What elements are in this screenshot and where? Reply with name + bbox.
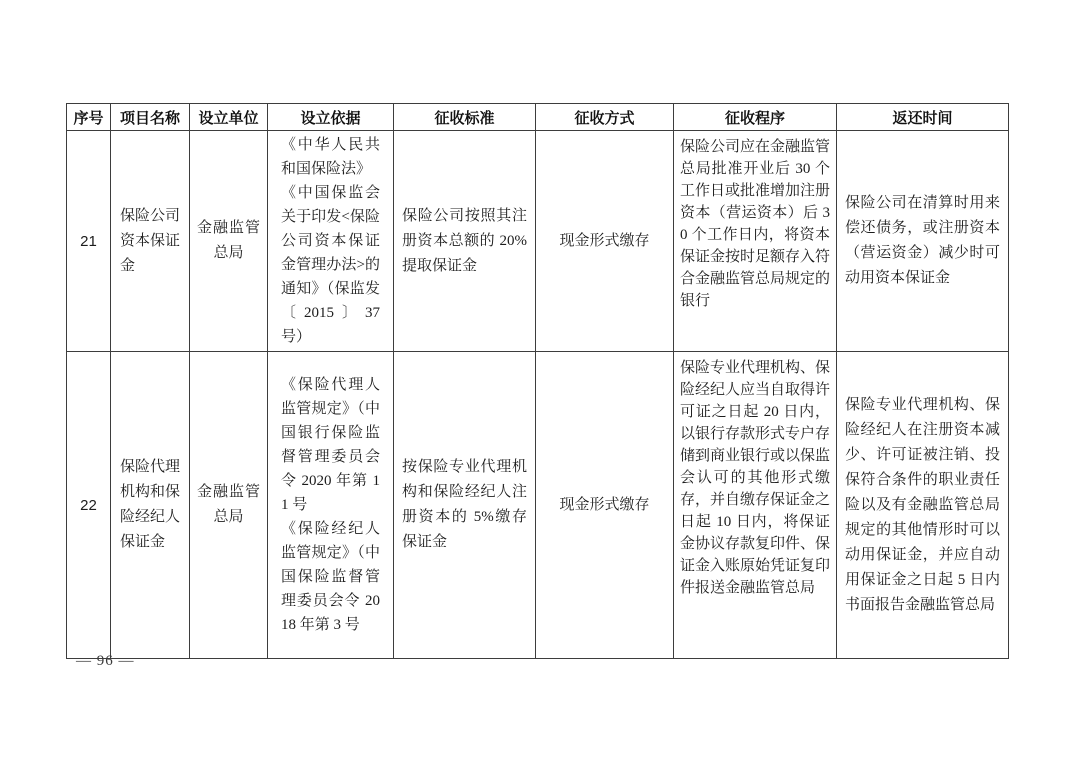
- table-row-21: 21 保险公司资本保证金 金融监管总局 《中华人民共和国保险法》 《中国保监会关…: [67, 131, 1009, 352]
- cell-establishing-unit: 金融监管总局: [190, 131, 268, 352]
- header-establishment-basis: 设立依据: [268, 104, 394, 131]
- cell-establishing-unit: 金融监管总局: [190, 352, 268, 659]
- header-establishing-unit: 设立单位: [190, 104, 268, 131]
- cell-collection-procedure: 保险专业代理机构、保险经纪人应当自取得许可证之日起 20 日内，以银行存款形式专…: [674, 352, 837, 659]
- table-header-row: 序号 项目名称 设立单位 设立依据 征收标准 征收方式 征收程序 返还时间: [67, 104, 1009, 131]
- table-row-22: 22 保险代理机构和保险经纪人保证金 金融监管总局 《保险代理人监管规定》（中国…: [67, 352, 1009, 659]
- header-refund-time: 返还时间: [837, 104, 1009, 131]
- cell-seq: 22: [67, 352, 111, 659]
- cell-refund-time: 保险专业代理机构、保险经纪人在注册资本减少、许可证被注销、投保符合条件的职业责任…: [837, 352, 1009, 659]
- cell-collection-standard: 按保险专业代理机构和保险经纪人注册资本的 5%缴存保证金: [394, 352, 536, 659]
- header-collection-method: 征收方式: [536, 104, 674, 131]
- cell-collection-method: 现金形式缴存: [536, 352, 674, 659]
- cell-collection-procedure: 保险公司应在金融监管总局批准开业后 30 个工作日或批准增加注册资本（营运资本）…: [674, 131, 837, 352]
- cell-establishment-basis: 《中华人民共和国保险法》 《中国保监会关于印发<保险公司资本保证金管理办法>的通…: [268, 131, 394, 352]
- document-page: 序号 项目名称 设立单位 设立依据 征收标准 征收方式 征收程序 返还时间 21…: [0, 0, 1074, 757]
- cell-seq: 21: [67, 131, 111, 352]
- fee-items-table: 序号 项目名称 设立单位 设立依据 征收标准 征收方式 征收程序 返还时间 21…: [66, 103, 1009, 659]
- header-collection-standard: 征收标准: [394, 104, 536, 131]
- basis-reference: 《保险代理人监管规定》（中国银行保险监督管理委员会令 2020 年第 11 号: [281, 373, 380, 517]
- header-project-name: 项目名称: [111, 104, 190, 131]
- page-number: — 96 —: [76, 653, 135, 670]
- cell-project-name: 保险代理机构和保险经纪人保证金: [111, 352, 190, 659]
- cell-collection-method: 现金形式缴存: [536, 131, 674, 352]
- cell-establishment-basis: 《保险代理人监管规定》（中国银行保险监督管理委员会令 2020 年第 11 号 …: [268, 352, 394, 659]
- cell-refund-time: 保险公司在清算时用来偿还债务，或注册资本（营运资金）减少时可动用资本保证金: [837, 131, 1009, 352]
- basis-reference: 《保险经纪人监管规定》（中国保险监督管理委员会令 2018 年第 3 号: [281, 517, 380, 637]
- cell-project-name: 保险公司资本保证金: [111, 131, 190, 352]
- basis-reference: 《中国保监会关于印发<保险公司资本保证金管理办法>的通知》（保监发〔2015〕3…: [281, 181, 380, 349]
- cell-collection-standard: 保险公司按照其注册资本总额的 20%提取保证金: [394, 131, 536, 352]
- header-collection-procedure: 征收程序: [674, 104, 837, 131]
- basis-reference: 《中华人民共和国保险法》: [281, 133, 380, 181]
- header-seq: 序号: [67, 104, 111, 131]
